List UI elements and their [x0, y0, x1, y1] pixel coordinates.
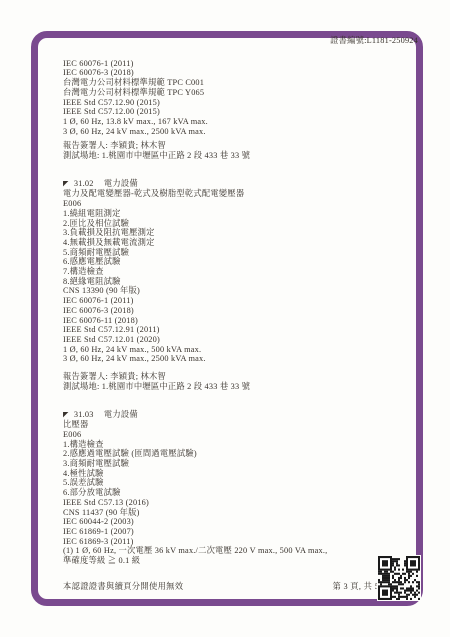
text-line: 台灣電力公司材料標準規範 TPC Y065	[63, 88, 420, 98]
text-line: CNS 13390 (90 年版)	[63, 286, 420, 296]
text-line: IEC 60076-3 (2018)	[63, 306, 420, 316]
text-line: IEC 60044-2 (2003)	[63, 517, 420, 527]
text-line: IEEE Std C57.12.90 (2015)	[63, 98, 420, 108]
footer-validity-note: 本認證證書與續頁分開使用無效	[63, 580, 183, 592]
text-line: 1 Ø, 60 Hz, 13.8 kV max., 167 kVA max.	[63, 117, 420, 127]
text-line: IEC 60076-3 (2018)	[63, 68, 420, 78]
section-marker-icon: ◤	[63, 410, 69, 420]
text-line: IEC 60076-1 (2011)	[63, 59, 420, 69]
text-line: 5.商頻耐電壓試驗	[63, 248, 420, 258]
text-line: 6.部分放電試驗	[63, 488, 420, 498]
text-line: 比壓器	[63, 420, 420, 430]
qr-code-image	[378, 556, 420, 600]
text-line: IEEE Std C57.12.00 (2015)	[63, 107, 420, 117]
text-line: E006	[63, 430, 420, 440]
text-line: 1.繞組電阻測定	[63, 209, 420, 219]
signer-line: 報告簽署人: 李穎貴; 林木智	[63, 141, 420, 151]
text-line: 準確度等級 ≧ 0.1 級	[63, 556, 420, 566]
section-code: 31.03	[74, 410, 94, 419]
text-line: (1) 1 Ø, 60 Hz, 一次電壓 36 kV max./二次電壓 220…	[63, 546, 420, 556]
signer-line: 報告簽署人: 李穎貴; 林木智	[63, 372, 420, 382]
text-line: 3.商頻耐電壓試驗	[63, 459, 420, 469]
text-line: 4.無載損及無載電流測定	[63, 238, 420, 248]
section-31-02-header: ◤ 31.02 電力設備	[63, 179, 420, 190]
text-line: 8.絕緣電阻試驗	[63, 277, 420, 287]
section-31-03: ◤ 31.03 電力設備 比壓器E0061.構造檢查2.感應過電壓試驗 (匝間過…	[63, 410, 420, 566]
section-31-02-lines: 電力及配電變壓器-乾式及樹脂型乾式配電變壓器E0061.繞組電阻測定2.匝比及相…	[63, 189, 420, 364]
text-line: 電力及配電變壓器-乾式及樹脂型乾式配電變壓器	[63, 189, 420, 199]
signer-line: 測試場地: 1.桃園市中壢區中正路 2 段 433 巷 33 號	[63, 382, 420, 392]
text-line: IEEE Std C57.12.91 (2011)	[63, 325, 420, 335]
section-31-03-lines: 比壓器E0061.構造檢查2.感應過電壓試驗 (匝間過電壓試驗)3.商頻耐電壓試…	[63, 420, 420, 566]
qr-code	[377, 555, 421, 601]
text-line: E006	[63, 199, 420, 209]
text-line: 1.構造檢查	[63, 440, 420, 450]
signer-block-1: 報告簽署人: 李穎貴; 林木智測試場地: 1.桃園市中壢區中正路 2 段 433…	[63, 141, 420, 160]
text-line: 台灣電力公司材料標準規範 TPC C001	[63, 78, 420, 88]
text-line: 7.構造檢查	[63, 267, 420, 277]
text-line: IEEE Std C57.12.01 (2020)	[63, 335, 420, 345]
text-line: CNS 11437 (90 年版)	[63, 508, 420, 518]
text-line: 5.誤差試驗	[63, 478, 420, 488]
text-line: IEC 61869-1 (2007)	[63, 527, 420, 537]
section-code: 31.02	[74, 179, 94, 188]
text-line: 2.匝比及相位試驗	[63, 219, 420, 229]
text-line: 4.極性試驗	[63, 469, 420, 479]
text-line: IEC 61869-3 (2011)	[63, 537, 420, 547]
text-line: 2.感應過電壓試驗 (匝間過電壓試驗)	[63, 449, 420, 459]
section-31-03-header: ◤ 31.03 電力設備	[63, 410, 420, 421]
text-line: IEC 60076-1 (2011)	[63, 296, 420, 306]
text-line: IEC 60076-11 (2018)	[63, 316, 420, 326]
page-footer: 本認證證書與續頁分開使用無效 第 3 頁, 共 5 頁	[63, 580, 390, 592]
text-line: 1 Ø, 60 Hz, 24 kV max., 500 kVA max.	[63, 345, 420, 355]
section-31-02: ◤ 31.02 電力設備 電力及配電變壓器-乾式及樹脂型乾式配電變壓器E0061…	[63, 179, 420, 364]
signer-block-2: 報告簽署人: 李穎貴; 林木智測試場地: 1.桃園市中壢區中正路 2 段 433…	[63, 372, 420, 391]
standards-list-top: IEC 60076-1 (2011)IEC 60076-3 (2018)台灣電力…	[63, 59, 420, 137]
text-line: 3.負載損及阻抗電壓測定	[63, 228, 420, 238]
section-title: 電力設備	[104, 179, 138, 188]
signer-line: 測試場地: 1.桃園市中壢區中正路 2 段 433 巷 33 號	[63, 151, 420, 161]
text-line: 3 Ø, 60 Hz, 24 kV max., 2500 kVA max.	[63, 354, 420, 364]
text-line: IEEE Std C57.13 (2016)	[63, 498, 420, 508]
certificate-number: 證書編號:L1181-250924	[63, 36, 420, 46]
page-content: 證書編號:L1181-250924 IEC 60076-1 (2011)IEC …	[63, 36, 420, 566]
certificate-page: 證書編號:L1181-250924 IEC 60076-1 (2011)IEC …	[0, 0, 450, 637]
text-line: 6.感應電壓試驗	[63, 257, 420, 267]
section-marker-icon: ◤	[63, 179, 69, 189]
section-title: 電力設備	[104, 410, 138, 419]
text-line: 3 Ø, 60 Hz, 24 kV max., 2500 kVA max.	[63, 127, 420, 137]
